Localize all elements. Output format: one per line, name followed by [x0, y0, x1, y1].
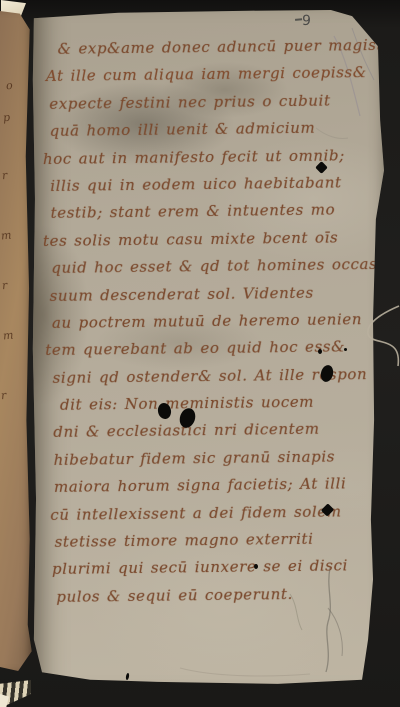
text-line: suum descenderat sol. Videntes [50, 283, 370, 314]
leaf-glyph: p [2, 111, 10, 125]
manuscript-text: & exp&ame donec aduncū puer magist At il… [48, 36, 373, 615]
text-line: & exp&ame donec aduncū puer magist [57, 36, 366, 67]
ink-blot [344, 348, 347, 351]
wire-clip [358, 300, 400, 372]
manuscript-photo: o p r m r m r 9 & exp&ame donec aduncū p… [0, 0, 400, 707]
folio-number: 9 [302, 13, 313, 29]
text-line: testib; stant erem & intuentes mo [51, 200, 369, 231]
text-line: illis qui in eodem uico haebitabant [50, 173, 368, 204]
text-line: expecte festini nec prius o cubuit [49, 91, 367, 122]
text-line: tem querebant ab eo quid hoc ess& [45, 337, 370, 368]
leaf-glyph: m [0, 228, 12, 242]
text-line: hibebatur fidem sic granū sinapis [54, 447, 372, 478]
ink-blot [254, 564, 258, 569]
leaf-glyph: o [5, 79, 13, 93]
parchment-page: 9 & exp&ame donec aduncū puer magist At … [30, 8, 384, 690]
text-line: At ille cum aliqua iam mergi coepiss& [46, 63, 367, 94]
text-line: pulos & sequi eū coeperunt. [56, 584, 373, 615]
leaf-glyph: r [1, 279, 8, 292]
text-line: plurimi qui secū iunxere se ei disci [52, 556, 373, 587]
leaf-glyph: r [1, 169, 8, 182]
text-line: maiora horum signa facietis; At illi [54, 474, 372, 505]
text-line: stetisse timore magno exterriti [55, 529, 373, 560]
text-line: au poctrem mutuū de heremo uenien [52, 310, 370, 341]
text-line: quā homo illi uenit & admicium [50, 118, 368, 149]
ink-blot [125, 673, 129, 680]
text-line: dni & ecclesiastici nri dicentem [53, 420, 371, 451]
leaf-glyph: r [0, 389, 7, 402]
adjacent-leaf-edge: o p r m r m r [0, 11, 33, 671]
text-line: dit eis: Non meministis uocem [60, 392, 371, 423]
text-line: quid hoc esset & qd tot homines occasū [51, 255, 369, 286]
folio-number-text: 9 [302, 13, 313, 29]
ink-blot [318, 349, 322, 354]
text-line: tes solis motu casu mixte bcent oīs [43, 228, 369, 259]
leaf-glyph: m [2, 328, 14, 342]
